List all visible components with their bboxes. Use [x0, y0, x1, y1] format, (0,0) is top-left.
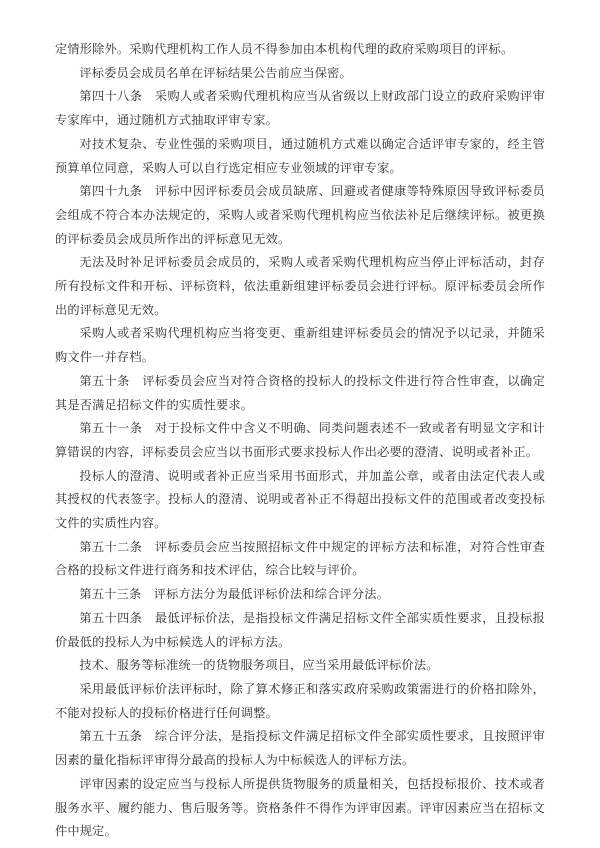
paragraph: 对技术复杂、专业性强的采购项目，通过随机方式难以确定合适评审专家的，经主管预算单… — [55, 133, 545, 180]
paragraph: 第五十五条 综合评分法，是指投标文件满足招标文件全部实质性要求，且按照评审因素的… — [55, 725, 545, 772]
paragraph: 采购人或者采购代理机构应当将变更、重新组建评标委员会的情况予以记录，并随采购文件… — [55, 322, 545, 369]
paragraph: 第五十条 评标委员会应当对符合资格的投标人的投标文件进行符合性审查，以确定其是否… — [55, 370, 545, 417]
paragraph: 评审因素的设定应当与投标人所提供货物服务的质量相关，包括投标报价、技术或者服务水… — [55, 773, 545, 844]
document-page: 定情形除外。采购代理机构工作人员不得参加由本机构代理的政府采购项目的评标。评标委… — [0, 0, 600, 848]
document-body: 定情形除外。采购代理机构工作人员不得参加由本机构代理的政府采购项目的评标。评标委… — [55, 38, 545, 844]
paragraph: 无法及时补足评标委员会成员的，采购人或者采购代理机构应当停止评标活动，封存所有投… — [55, 251, 545, 322]
paragraph: 第五十三条 评标方法分为最低评标价法和综合评分法。 — [55, 583, 545, 607]
paragraph: 定情形除外。采购代理机构工作人员不得参加由本机构代理的政府采购项目的评标。 — [55, 38, 545, 62]
paragraph: 第四十八条 采购人或者采购代理机构应当从省级以上财政部门设立的政府采购评审专家库… — [55, 85, 545, 132]
paragraph: 投标人的澄清、说明或者补正应当采用书面形式，并加盖公章，或者由法定代表人或其授权… — [55, 465, 545, 536]
paragraph: 第五十二条 评标委员会应当按照招标文件中规定的评标方法和标准，对符合性审查合格的… — [55, 536, 545, 583]
paragraph: 采用最低评标价法评标时，除了算术修正和落实政府采购政策需进行的价格扣除外，不能对… — [55, 678, 545, 725]
paragraph: 评标委员会成员名单在评标结果公告前应当保密。 — [55, 62, 545, 86]
paragraph: 第五十四条 最低评标价法，是指投标文件满足招标文件全部实质性要求，且投标报价最低… — [55, 607, 545, 654]
paragraph: 第四十九条 评标中因评标委员会成员缺席、回避或者健康等特殊原因导致评标委员会组成… — [55, 180, 545, 251]
paragraph: 技术、服务等标准统一的货物服务项目，应当采用最低评标价法。 — [55, 654, 545, 678]
paragraph: 第五十一条 对于投标文件中含义不明确、同类问题表述不一致或者有明显文字和计算错误… — [55, 417, 545, 464]
